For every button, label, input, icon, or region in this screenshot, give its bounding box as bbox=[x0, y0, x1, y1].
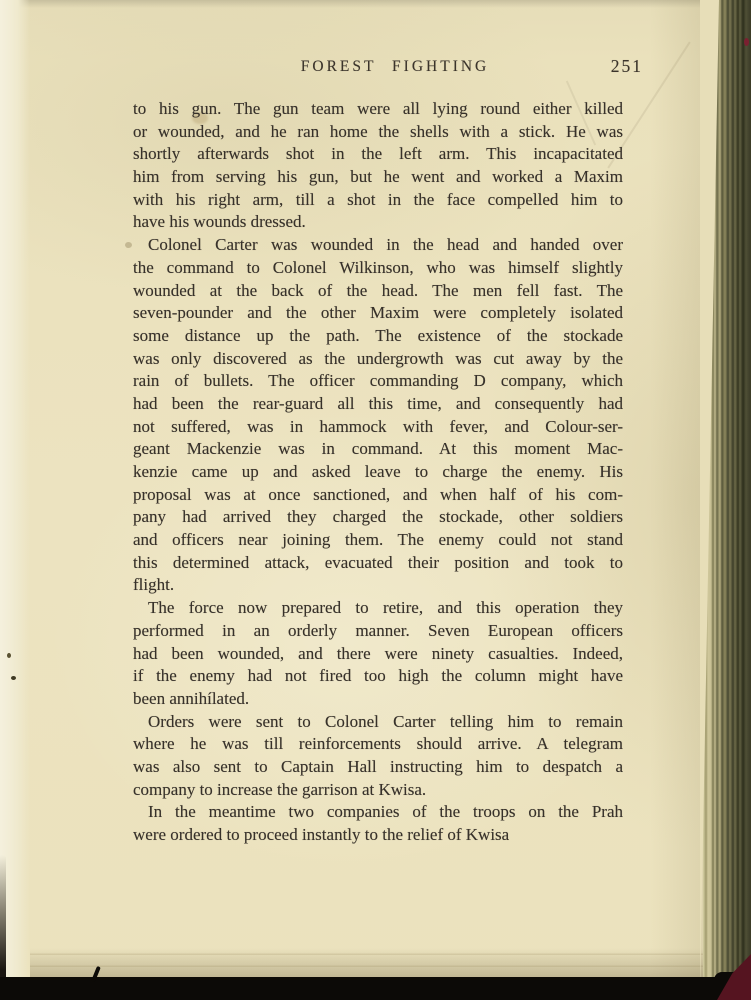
left-bottom-edge-shadow bbox=[0, 855, 6, 983]
paragraph: In the meantime two companies of the tro… bbox=[133, 801, 623, 846]
text-line: to his gun. The gun team were all lying … bbox=[133, 98, 623, 121]
paper-stain bbox=[7, 653, 11, 658]
text-line: this determined attack, evacuated their … bbox=[133, 552, 623, 575]
text-line: Colonel Carter was wounded in the head a… bbox=[133, 234, 623, 257]
text-line: not suffered, was in hammock with fever,… bbox=[133, 416, 623, 439]
text-line: The force now prepared to retire, and th… bbox=[133, 597, 623, 620]
text-line: geant Mackenzie was in command. At this … bbox=[133, 438, 623, 461]
text-line: and officers near joining them. The enem… bbox=[133, 529, 623, 552]
text-line: Orders were sent to Colonel Carter telli… bbox=[133, 711, 623, 734]
text-line: had been wounded, and there were ninety … bbox=[133, 643, 623, 666]
text-line: with his right arm, till a shot in the f… bbox=[133, 189, 623, 212]
text-line: In the meantime two companies of the tro… bbox=[133, 801, 623, 824]
paragraph: Colonel Carter was wounded in the head a… bbox=[133, 234, 623, 597]
text-line: were ordered to proceed instantly to the… bbox=[133, 824, 623, 847]
paper-stain bbox=[11, 676, 16, 680]
text-line: kenzie came up and asked leave to charge… bbox=[133, 461, 623, 484]
text-line: been annihílated. bbox=[133, 688, 623, 711]
cover-speck bbox=[744, 38, 749, 46]
page-number: 251 bbox=[595, 56, 643, 77]
text-line: have his wounds dressed. bbox=[133, 211, 623, 234]
text-line: had been the rear-guard all this time, a… bbox=[133, 393, 623, 416]
text-line: proposal was at once sanctioned, and whe… bbox=[133, 484, 623, 507]
text-line: if the enemy had not fired too high the … bbox=[133, 665, 623, 688]
left-page-edge bbox=[0, 0, 30, 1000]
page-body: to his gun. The gun team were all lying … bbox=[133, 98, 623, 847]
text-line: some distance up the path. The existence… bbox=[133, 325, 623, 348]
text-line: him from serving his gun, but he went an… bbox=[133, 166, 623, 189]
desk-background bbox=[0, 977, 751, 1000]
paragraph: Orders were sent to Colonel Carter telli… bbox=[133, 711, 623, 802]
paragraph: The force now prepared to retire, and th… bbox=[133, 597, 623, 710]
text-line: seven-pounder and the other Maxim were c… bbox=[133, 302, 623, 325]
paragraph: to his gun. The gun team were all lying … bbox=[133, 98, 623, 234]
text-line: the command to Colonel Wilkinson, who wa… bbox=[133, 257, 623, 280]
text-line: shortly afterwards shot in the left arm.… bbox=[133, 143, 623, 166]
scan-top-shadow bbox=[0, 0, 710, 8]
text-line: was only discovered as the undergrowth w… bbox=[133, 348, 623, 371]
text-line: wounded at the back of the head. The men… bbox=[133, 280, 623, 303]
text-line: flight. bbox=[133, 574, 623, 597]
page-bottom-edges bbox=[30, 948, 710, 978]
book-page-scan: FOREST FIGHTING 251 to his gun. The gun … bbox=[0, 0, 751, 1000]
text-line: pany had arrived they charged the stocka… bbox=[133, 506, 623, 529]
paper-stain bbox=[125, 242, 132, 248]
text-line: where he was till reinforcements should … bbox=[133, 733, 623, 756]
text-line: or wounded, and he ran home the shells w… bbox=[133, 121, 623, 144]
running-head-title: FOREST FIGHTING bbox=[133, 58, 623, 76]
text-line: performed in an orderly manner. Seven Eu… bbox=[133, 620, 623, 643]
text-line: was also sent to Captain Hall instructin… bbox=[133, 756, 623, 779]
text-line: company to increase the garrison at Kwis… bbox=[133, 779, 623, 802]
text-line: rain of bullets. The officer commanding … bbox=[133, 370, 623, 393]
